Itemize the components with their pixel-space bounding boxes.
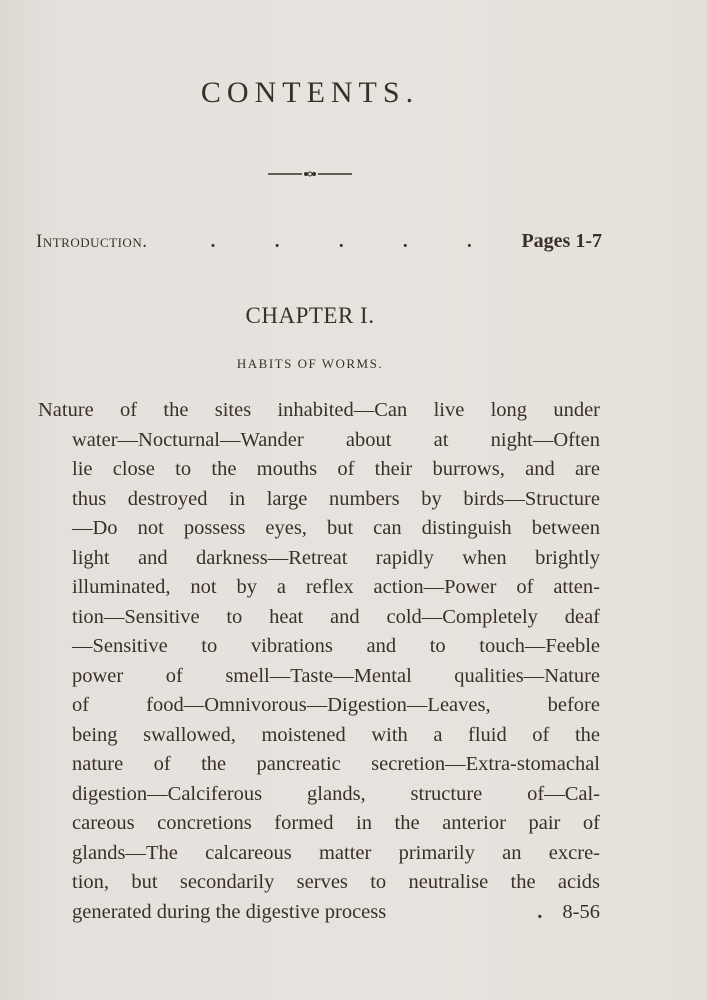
summary-line: illuminated, not by a reflex action—Powe…	[38, 573, 600, 603]
summary-line: digestion—Calciferous glands, structure …	[38, 780, 600, 810]
book-page: CONTENTS. Introduction. . . . . . Pages …	[0, 0, 707, 1000]
toc-entry-introduction: Introduction. . . . . . Pages 1-7	[36, 230, 602, 253]
summary-line: lie close to the mouths of their burrows…	[38, 455, 600, 485]
summary-line: tion, but secondarily serves to neutrali…	[38, 868, 600, 898]
chapter-summary: Nature of the sites inhabited—Can live l…	[38, 396, 600, 927]
summary-line: careous concretions formed in the anteri…	[38, 809, 600, 839]
summary-line-text: generated during the digestive process	[72, 898, 386, 928]
summary-line: thus destroyed in large numbers by birds…	[38, 485, 600, 515]
leader-dot: .	[537, 898, 542, 928]
summary-line: glands—The calcareous matter primarily a…	[38, 839, 600, 869]
summary-line: nature of the pancreatic secretion—Extra…	[38, 750, 600, 780]
ornament-divider-icon	[268, 170, 352, 178]
leader-dot: .	[339, 231, 344, 253]
summary-line: light and darkness—Retreat rapidly when …	[38, 544, 600, 574]
summary-line: water—Nocturnal—Wander about at night—Of…	[38, 426, 600, 456]
summary-final-line: generated during the digestive process .…	[38, 898, 600, 928]
leader-dots: . . . . .	[147, 231, 521, 253]
toc-entry-pages: Pages 1-7	[521, 230, 602, 253]
summary-line: power of smell—Taste—Mental qualities—Na…	[38, 662, 600, 692]
summary-line: of food—Omnivorous—Digestion—Leaves, bef…	[38, 691, 600, 721]
leader-dot: .	[467, 231, 472, 253]
summary-line: —Do not possess eyes, but can distinguis…	[38, 514, 600, 544]
toc-entry-label: Introduction	[36, 231, 142, 253]
summary-line: tion—Sensitive to heat and cold—Complete…	[38, 603, 600, 633]
toc-entry-pages: 8-56	[562, 898, 600, 928]
page-title: CONTENTS.	[0, 76, 620, 110]
summary-line: Nature of the sites inhabited—Can live l…	[38, 396, 600, 426]
chapter-heading: CHAPTER I.	[0, 303, 620, 329]
leader-dot: .	[275, 231, 280, 253]
chapter-subtitle: HABITS OF WORMS.	[0, 356, 620, 372]
summary-line: being swallowed, moistened with a fluid …	[38, 721, 600, 751]
leader-dot: .	[403, 231, 408, 253]
leader-dot: .	[211, 231, 216, 253]
summary-line: —Sensitive to vibrations and to touch—Fe…	[38, 632, 600, 662]
